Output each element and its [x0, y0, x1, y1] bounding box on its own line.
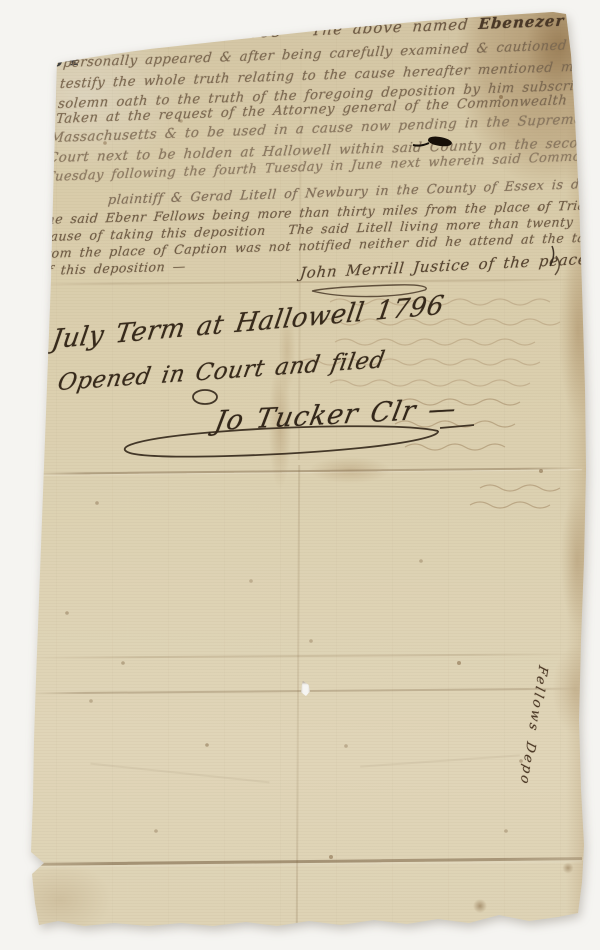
paper-shadow: 604 Lincoln ss Dec 4th 1795 The above na… — [0, 0, 600, 950]
document-scan: 604 Lincoln ss Dec 4th 1795 The above na… — [0, 0, 600, 950]
manuscript-paper: 604 Lincoln ss Dec 4th 1795 The above na… — [0, 0, 600, 950]
paper-specks — [0, 0, 2, 2]
pencil-scribble — [106, 14, 116, 26]
deponent-name: Ebenezer Fellows — [478, 9, 600, 33]
